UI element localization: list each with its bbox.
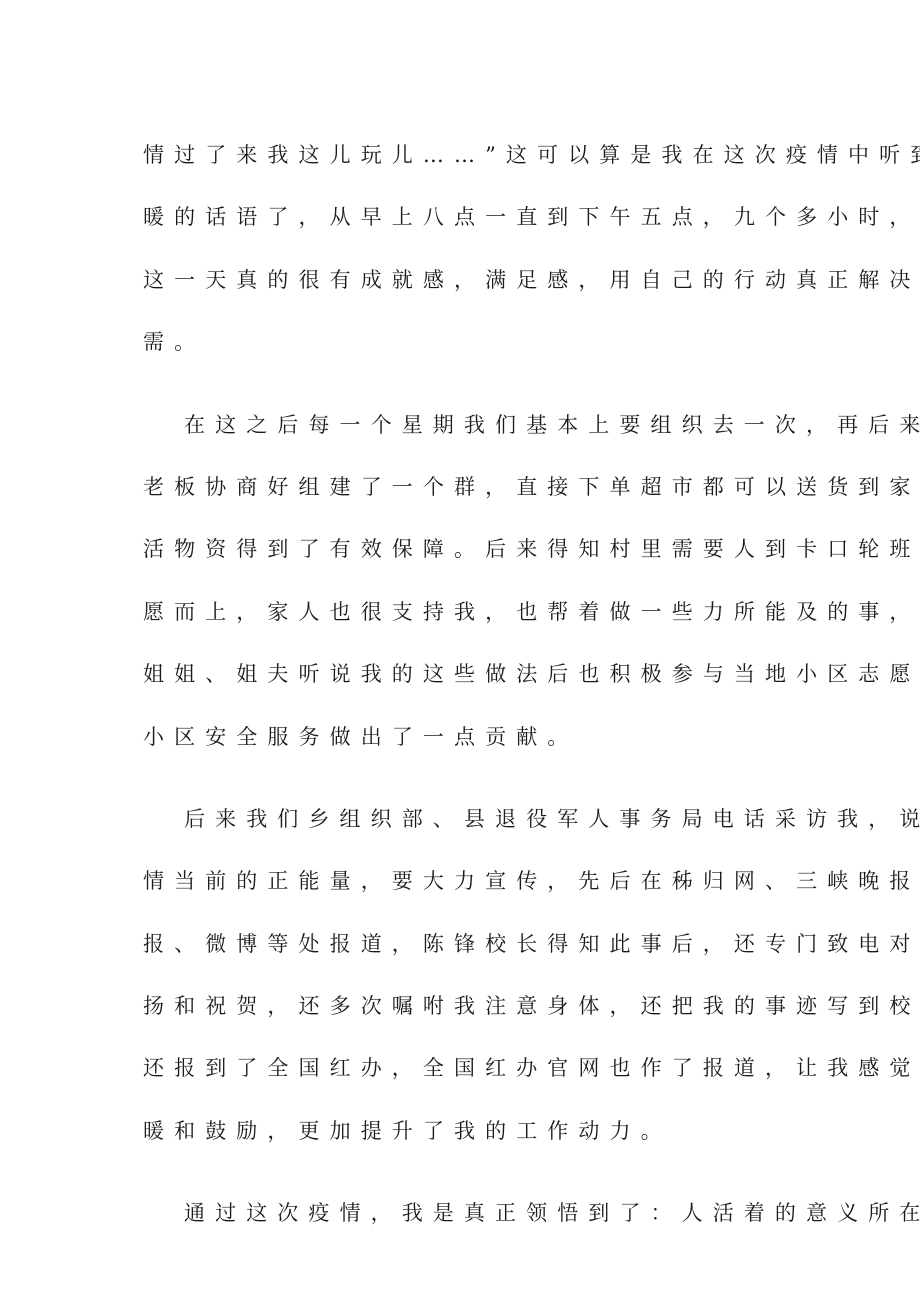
- text-line: 这一天真的很有成就感，满足感，用自己的行动真正解决了村民急: [143, 249, 783, 311]
- text-line: 扬和祝贺，还多次嘱咐我注意身体，还把我的事迹写到校公众网里，: [143, 975, 783, 1037]
- text-line: 愿而上，家人也很支持我，也帮着做一些力所能及的事，在宜都的: [143, 581, 783, 643]
- text-line: 活物资得到了有效保障。后来得知村里需要人到卡口轮班，我也志: [143, 518, 783, 580]
- text-line: 通过这次疫情，我是真正领悟到了：人活着的意义所在，生活: [143, 1182, 783, 1244]
- text-line: 在这之后每一个星期我们基本上要组织去一次，再后来跟超市: [143, 394, 783, 456]
- paragraph-4: 通过这次疫情，我是真正领悟到了：人活着的意义所在，生活: [143, 1182, 783, 1244]
- text-line: 情当前的正能量，要大力宣传，先后在秭归网、三峡晚报、湖北日: [143, 850, 783, 912]
- text-line: 小区安全服务做出了一点贡献。: [143, 706, 783, 768]
- text-line: 暖的话语了，从早上八点一直到下午五点，九个多小时，虽然累但: [143, 186, 783, 248]
- text-line: 需。: [143, 311, 783, 373]
- text-line: 老板协商好组建了一个群，直接下单超市都可以送货到家，村民生: [143, 456, 783, 518]
- paragraph-3: 后来我们乡组织部、县退役军人事务局电话采访我，说这是疫 情当前的正能量，要大力宣…: [143, 788, 783, 1162]
- paragraph-1: 情过了来我这儿玩儿……”这可以算是我在这次疫情中听到的最温 暖的话语了，从早上八…: [143, 124, 783, 374]
- document-page: 情过了来我这儿玩儿……”这可以算是我在这次疫情中听到的最温 暖的话语了，从早上八…: [143, 124, 783, 1265]
- text-line: 姐姐、姐夫听说我的这些做法后也积极参与当地小区志愿服务，为: [143, 643, 783, 705]
- paragraph-2: 在这之后每一个星期我们基本上要组织去一次，再后来跟超市 老板协商好组建了一个群，…: [143, 394, 783, 768]
- text-line: 还报到了全国红办，全国红办官网也作了报道，让我感觉无比的温: [143, 1037, 783, 1099]
- text-line: 报、微博等处报道，陈锋校长得知此事后，还专门致电对我表示赞: [143, 913, 783, 975]
- text-line: 暖和鼓励，更加提升了我的工作动力。: [143, 1100, 783, 1162]
- text-line: 后来我们乡组织部、县退役军人事务局电话采访我，说这是疫: [143, 788, 783, 850]
- text-line: 情过了来我这儿玩儿……”这可以算是我在这次疫情中听到的最温: [143, 124, 783, 186]
